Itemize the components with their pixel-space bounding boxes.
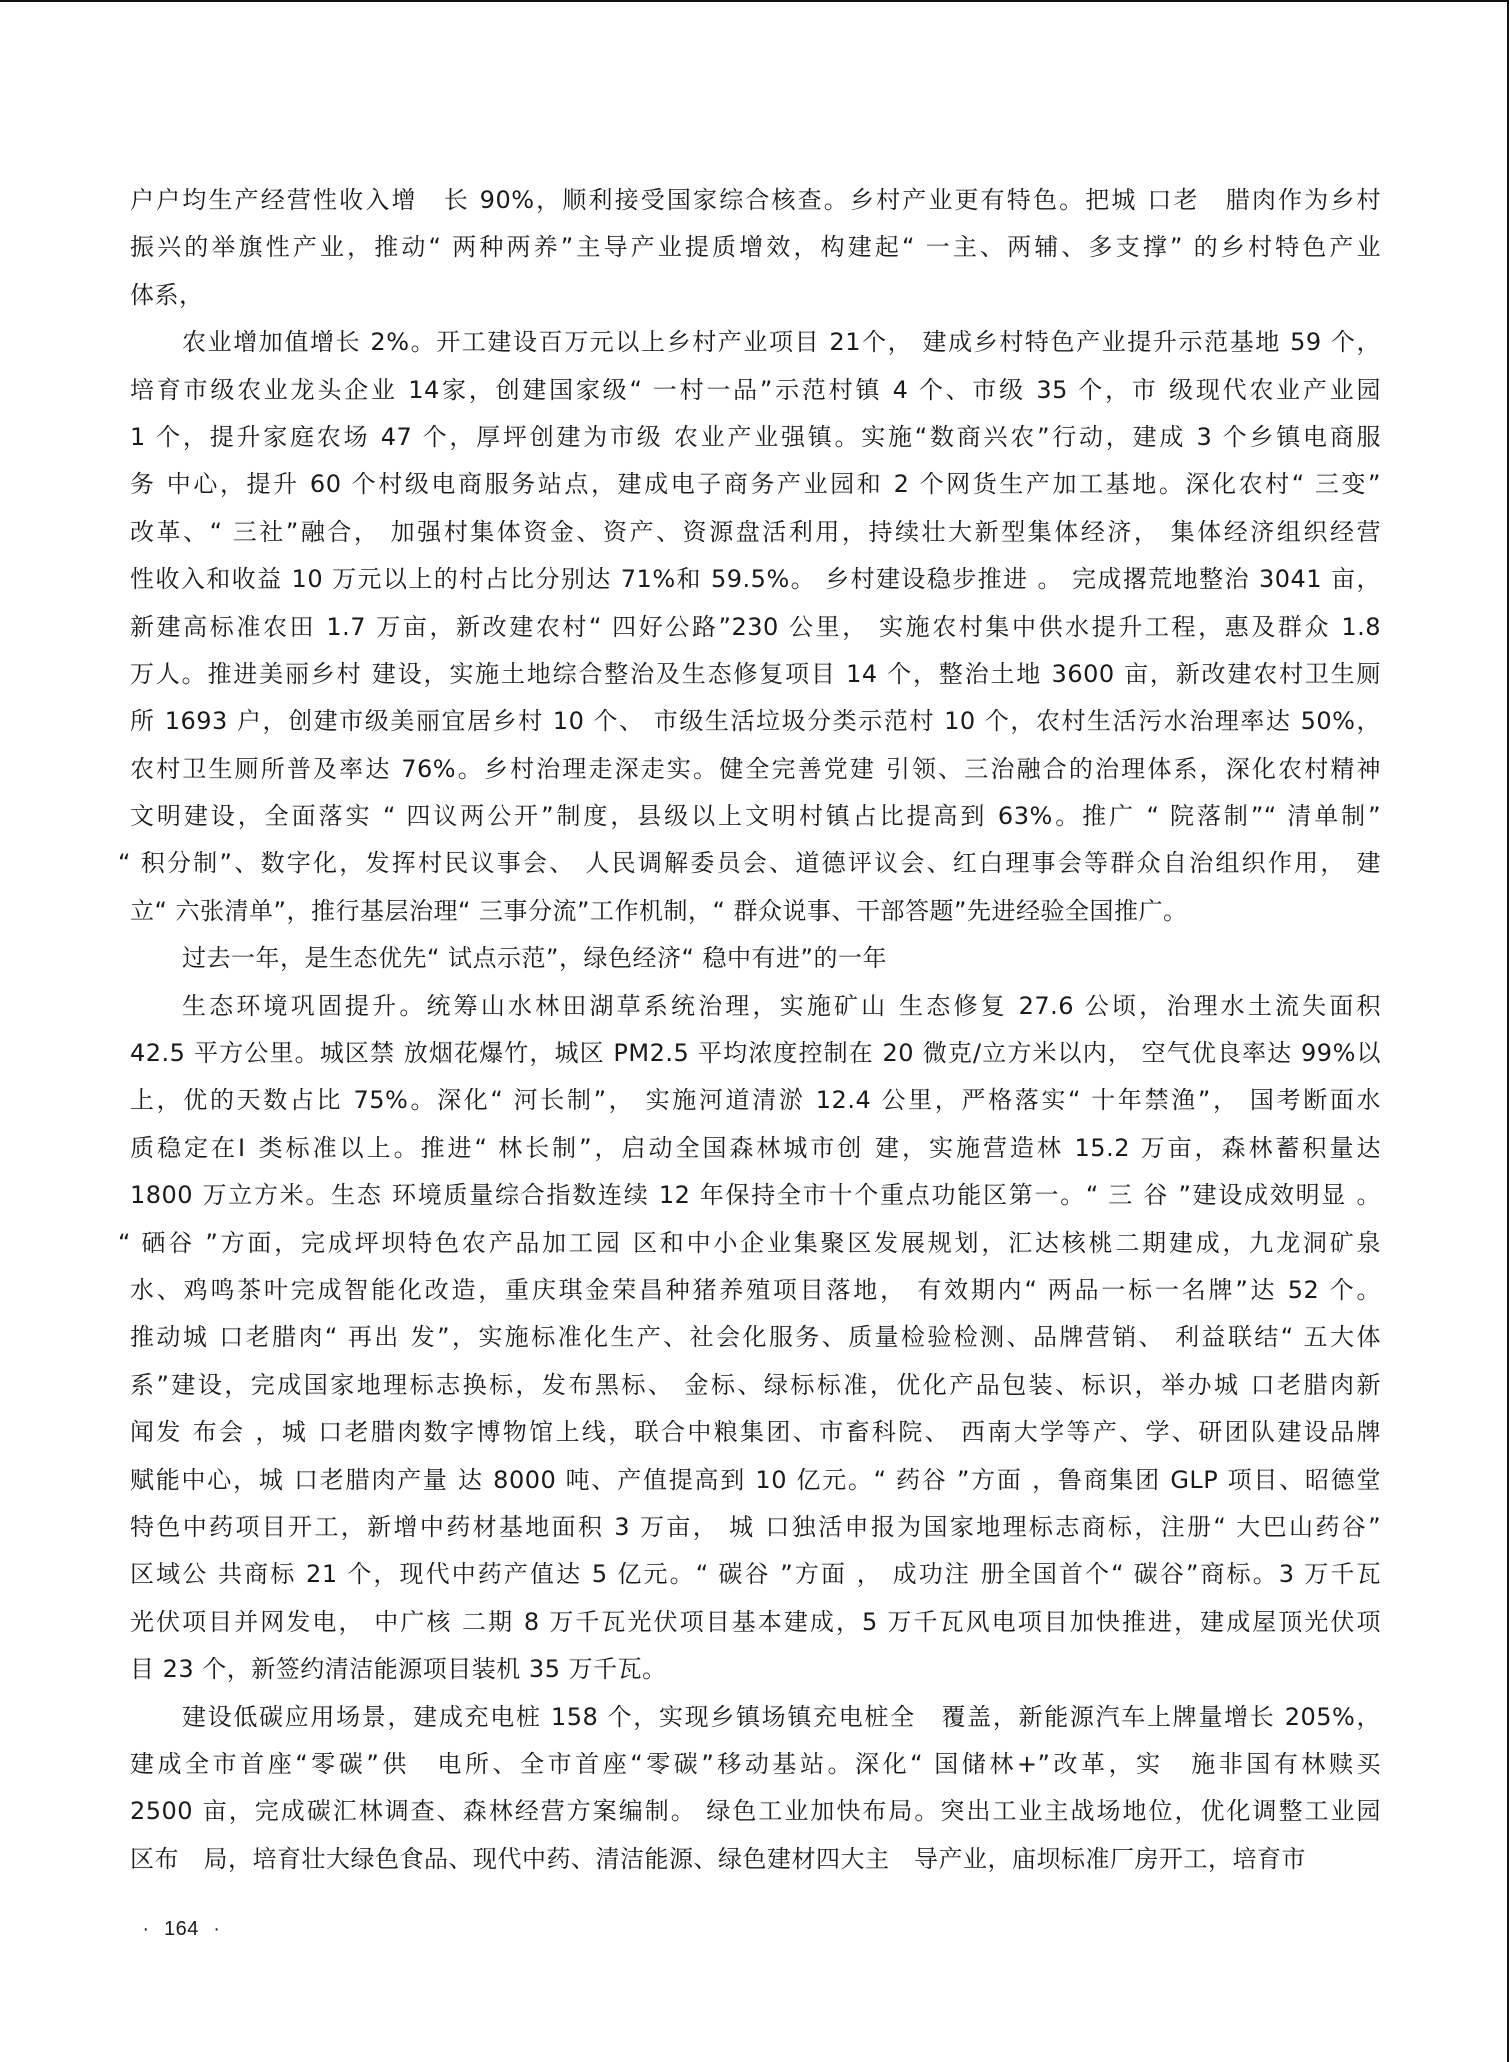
text-line: 体系， <box>130 275 1381 322</box>
text-line: 务 中心，提升 60 个村级电商服务站点，建成电子商务产业园和 2 个网货生产加… <box>130 464 1381 511</box>
text-line: 质稳定在Ⅰ 类标准以上。推进“ 林长制”，启动全国森林城市创 建，实施营造林 1… <box>130 1128 1381 1175</box>
text-line: 系”建设，完成国家地理标志换标，发布黑标、 金标、绿标标准，优化产品包装、标识，… <box>130 1365 1381 1412</box>
text-line: 建成全市首座“零碳”供 电所、全市首座“零碳”移动基站。深化“ 国储林+”改革，… <box>130 1744 1381 1791</box>
paragraph: 过去一年，是生态优先“ 试点示范”，绿色经济“ 稳中有进”的一年 <box>130 938 1381 985</box>
text-line: 推动城 口老腊肉“ 再出 发”，实施标准化生产、社会化服务、质量检验检测、品牌营… <box>130 1317 1381 1364</box>
text-line: 目 23 个，新签约清洁能源项目装机 35 万千瓦。 <box>130 1649 1381 1696</box>
paragraph: 户户均生产经营性收入增 长 90%，顺利接受国家综合核查。乡村产业更有特色。把城… <box>130 180 1381 322</box>
text-line: 1800 万立方米。生态 环境质量综合指数连续 12 年保持全市十个重点功能区第… <box>130 1175 1381 1222</box>
text-line: 所 1693 户，创建市级美丽宜居乡村 10 个、 市级生活垃圾分类示范村 10… <box>130 701 1381 748</box>
text-line: 赋能中心，城 口老腊肉产量 达 8000 吨、产值提高到 10 亿元。“ 药谷 … <box>130 1460 1381 1507</box>
text-line: 振兴的举旗性产业，推动“ 两种两养”主导产业提质增效，构建起“ 一主、两辅、多支… <box>130 227 1381 274</box>
page-footer: ·164· <box>128 1918 235 1941</box>
text-line: 性收入和收益 10 万元以上的村占比分别达 71%和 59.5%。 乡村建设稳步… <box>130 559 1381 606</box>
text-line: 光伏项目并网发电， 中广核 二期 8 万千瓦光伏项目基本建成，5 万千瓦风电项目… <box>130 1602 1381 1649</box>
page-number-right-dot: · <box>199 1918 235 1941</box>
text-line: “ 硒谷 ”方面，完成坪坝特色农产品加工园 区和中小企业集聚区发展规划，汇达核桃… <box>118 1223 1381 1270</box>
text-line: 1 个，提升家庭农场 47 个，厚坪创建为市级 农业产业强镇。实施“数商兴农”行… <box>130 417 1381 464</box>
text-line: “ 积分制”、数字化，发挥村民议事会、 人民调解委员会、道德评议会、红白理事会等… <box>118 843 1381 890</box>
page-number-left-dot: · <box>128 1918 164 1941</box>
paragraph: 建设低碳应用场景，建成充电桩 158 个，实现乡镇场镇充电桩全 覆盖，新能源汽车… <box>130 1697 1381 1887</box>
text-line: 水、鸡鸣茶叶完成智能化改造，重庆琪金荣昌种猪养殖项目落地， 有效期内“ 两品一标… <box>130 1270 1381 1317</box>
text-line: 上，优的天数占比 75%。深化“ 河长制”， 实施河道清淤 12.4 公里，严格… <box>130 1080 1381 1127</box>
text-line: 闻发 布会 ，城 口老腊肉数字博物馆上线，联合中粮集团、市畜科院、 西南大学等产… <box>130 1412 1381 1459</box>
text-line: 户户均生产经营性收入增 长 90%，顺利接受国家综合核查。乡村产业更有特色。把城… <box>130 180 1381 227</box>
text-line: 改革、“ 三社”融合， 加强村集体资金、资产、资源盘活利用，持续壮大新型集体经济… <box>130 512 1381 559</box>
text-line: 过去一年，是生态优先“ 试点示范”，绿色经济“ 稳中有进”的一年 <box>130 938 1381 985</box>
body-text: 户户均生产经营性收入增 长 90%，顺利接受国家综合核查。乡村产业更有特色。把城… <box>130 180 1381 1886</box>
text-line: 生态环境巩固提升。统筹山水林田湖草系统治理，实施矿山 生态修复 27.6 公顷，… <box>130 986 1381 1033</box>
text-line: 新建高标准农田 1.7 万亩，新改建农村“ 四好公路”230 公里， 实施农村集… <box>130 607 1381 654</box>
text-line: 建设低碳应用场景，建成充电桩 158 个，实现乡镇场镇充电桩全 覆盖，新能源汽车… <box>130 1697 1381 1744</box>
text-line: 农村卫生厕所普及率达 76%。乡村治理走深走实。健全完善党建 引领、三治融合的治… <box>130 749 1381 796</box>
text-line: 文明建设，全面落实 “ 四议两公开”制度，县级以上文明村镇占比提高到 63%。推… <box>130 796 1381 843</box>
text-line: 万人。推进美丽乡村 建设，实施土地综合整治及生态修复项目 14 个，整治土地 3… <box>130 654 1381 701</box>
text-line: 培育市级农业龙头企业 14家，创建国家级“ 一村一品”示范村镇 4 个、市级 3… <box>130 370 1381 417</box>
page-number: 164 <box>164 1918 199 1940</box>
text-line: 特色中药项目开工，新增中药材基地面积 3 万亩， 城 口独活申报为国家地理标志商… <box>130 1507 1381 1554</box>
paragraph: 生态环境巩固提升。统筹山水林田湖草系统治理，实施矿山 生态修复 27.6 公顷，… <box>130 986 1381 1697</box>
paragraph: 农业增加值增长 2%。开工建设百万元以上乡村产业项目 21个， 建成乡村特色产业… <box>130 322 1381 938</box>
text-line: 区域公 共商标 21 个，现代中药产值达 5 亿元。“ 碳谷 ”方面 ， 成功注… <box>130 1554 1381 1601</box>
document-page: 户户均生产经营性收入增 长 90%，顺利接受国家综合核查。乡村产业更有特色。把城… <box>0 0 1509 2062</box>
text-line: 42.5 平方公里。城区禁 放烟花爆竹，城区 PM2.5 平均浓度控制在 20 … <box>130 1033 1381 1080</box>
text-line: 2500 亩，完成碳汇林调查、森林经营方案编制。 绿色工业加快布局。突出工业主战… <box>130 1791 1381 1838</box>
text-line: 农业增加值增长 2%。开工建设百万元以上乡村产业项目 21个， 建成乡村特色产业… <box>130 322 1381 369</box>
text-line: 立“ 六张清单”，推行基层治理“ 三事分流”工作机制，“ 群众说事、干部答题”先… <box>130 891 1381 938</box>
text-line: 区布 局，培育壮大绿色食品、现代中药、清洁能源、绿色建材四大主 导产业，庙坝标准… <box>130 1839 1381 1886</box>
